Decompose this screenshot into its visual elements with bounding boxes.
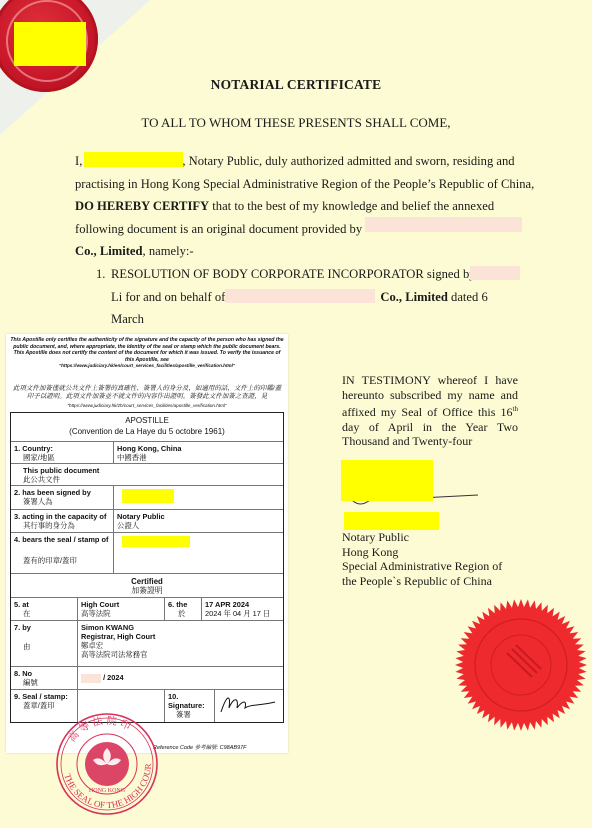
redaction-notary-name — [84, 152, 183, 167]
redaction-company-name-2 — [225, 289, 375, 303]
redaction-notary-signature — [341, 460, 433, 501]
high-court-seal: 高 等 法 院 印 THE SEAL OF THE HIGH COURT HON… — [53, 710, 161, 818]
notary-seal — [452, 595, 590, 735]
svg-text:HONG KONG: HONG KONG — [89, 788, 126, 794]
apostille-table: APOSTILLE (Convention de La Haye du 5 oc… — [10, 412, 284, 723]
testimony-paragraph: IN TESTIMONY whereof I have hereunto sub… — [342, 373, 518, 449]
field-seal-of: 4. bears the seal / stamp of蓋有的印章/蓋印 — [11, 533, 283, 574]
certified-row: Certified 加簽證明 — [11, 574, 283, 598]
redaction-signer — [122, 489, 174, 503]
redaction-notary-printed-name — [344, 512, 439, 530]
salutation: TO ALL TO WHOM THESE PRESENTS SHALL COME… — [0, 115, 592, 131]
redaction-seal-of — [122, 536, 190, 547]
svg-text:高 等 法 院 印: 高 等 法 院 印 — [65, 714, 133, 745]
apostille-heading-row: APOSTILLE (Convention de La Haye du 5 oc… — [11, 413, 283, 442]
apostille-certificate: This Apostille only certifies the authen… — [6, 334, 288, 753]
redaction-company-name — [365, 217, 522, 232]
redaction-seal-label — [14, 22, 86, 66]
apostille-note-chinese: 此項文件加簽僅就公共文件上簽署的真確性、簽署人的身分及，如適用的話，文件上的印鑑… — [10, 385, 284, 410]
page-title: NOTARIAL CERTIFICATE — [0, 77, 592, 93]
field-by: 7. by由 Simon KWANG Registrar, High Court… — [11, 621, 283, 667]
field-public-document: This public document此公共文件 — [11, 464, 283, 486]
registrar-signature — [215, 690, 281, 720]
intro-line-5: Co., Limited, namely:- — [75, 240, 522, 263]
field-signed-by: 2. has been signed by簽署人為 — [11, 486, 283, 510]
field-at-date: 5. at在 High Court高等法院 6. the於 17 APR 202… — [11, 598, 283, 621]
reference-code: Reference Code 參考編號: C98AB97F — [153, 743, 247, 751]
intro-line-2: practising in Hong Kong Special Administ… — [75, 173, 522, 196]
field-number: 8. No編號 / 2024 — [11, 667, 283, 690]
apostille-note-english: This Apostille only certifies the authen… — [10, 337, 284, 370]
redaction-apostille-number — [81, 674, 101, 683]
field-country: 1. Country:國家/地區 Hong Kong, China中國香港 — [11, 442, 283, 464]
field-capacity: 3. acting in the capacity of其行事的身分為 Nota… — [11, 510, 283, 533]
intro-line-3: DO HEREBY CERTIFY that to the best of my… — [75, 195, 522, 218]
redaction-signer-name — [470, 266, 520, 280]
notary-title-block: Notary Public Hong Kong Special Administ… — [342, 530, 502, 588]
